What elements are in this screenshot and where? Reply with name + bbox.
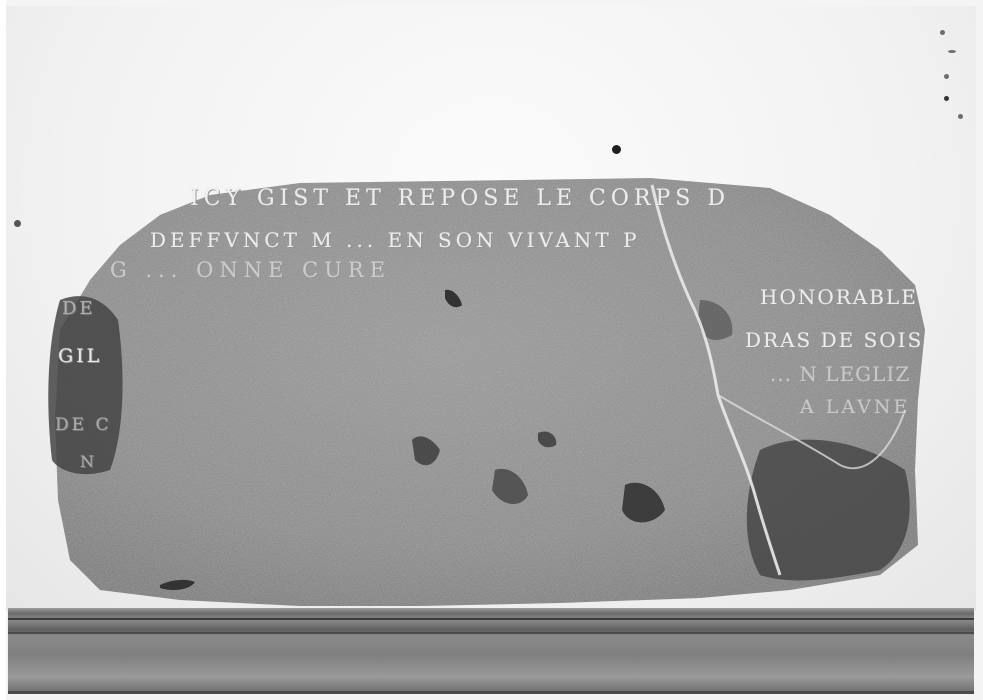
left-fragment-1: DE xyxy=(62,298,96,319)
wall-mark xyxy=(944,96,949,101)
inscription-line-1: ICY GIST ET REPOSE LE CORPS D xyxy=(190,186,730,211)
left-fragment-2: GIL xyxy=(58,345,102,367)
wooden-rail xyxy=(8,608,974,694)
left-fragment-3: DE C xyxy=(55,415,111,435)
inscription-line-6: ... N LEGLIZ xyxy=(770,362,910,386)
wall-mark xyxy=(940,30,945,35)
inscription-line-5: DRAS DE SOIS xyxy=(745,328,923,352)
inscription-line-3: G ... ONNE CURE xyxy=(110,258,391,282)
inscription-line-4: HONORABLE xyxy=(760,285,918,309)
inscription-line-7: A LAVNE xyxy=(800,396,910,418)
wall-mark xyxy=(948,50,956,53)
inscription-line-2: DEFFVNCT M ... EN SON VIVANT P xyxy=(150,228,641,252)
wall-mark xyxy=(944,74,949,79)
photograph: ICY GIST ET REPOSE LE CORPS D DEFFVNCT M… xyxy=(0,0,983,700)
wall-mark xyxy=(14,220,21,227)
nail-hole xyxy=(612,145,621,154)
left-fragment-4: N xyxy=(80,452,97,471)
wall-mark xyxy=(958,114,963,119)
